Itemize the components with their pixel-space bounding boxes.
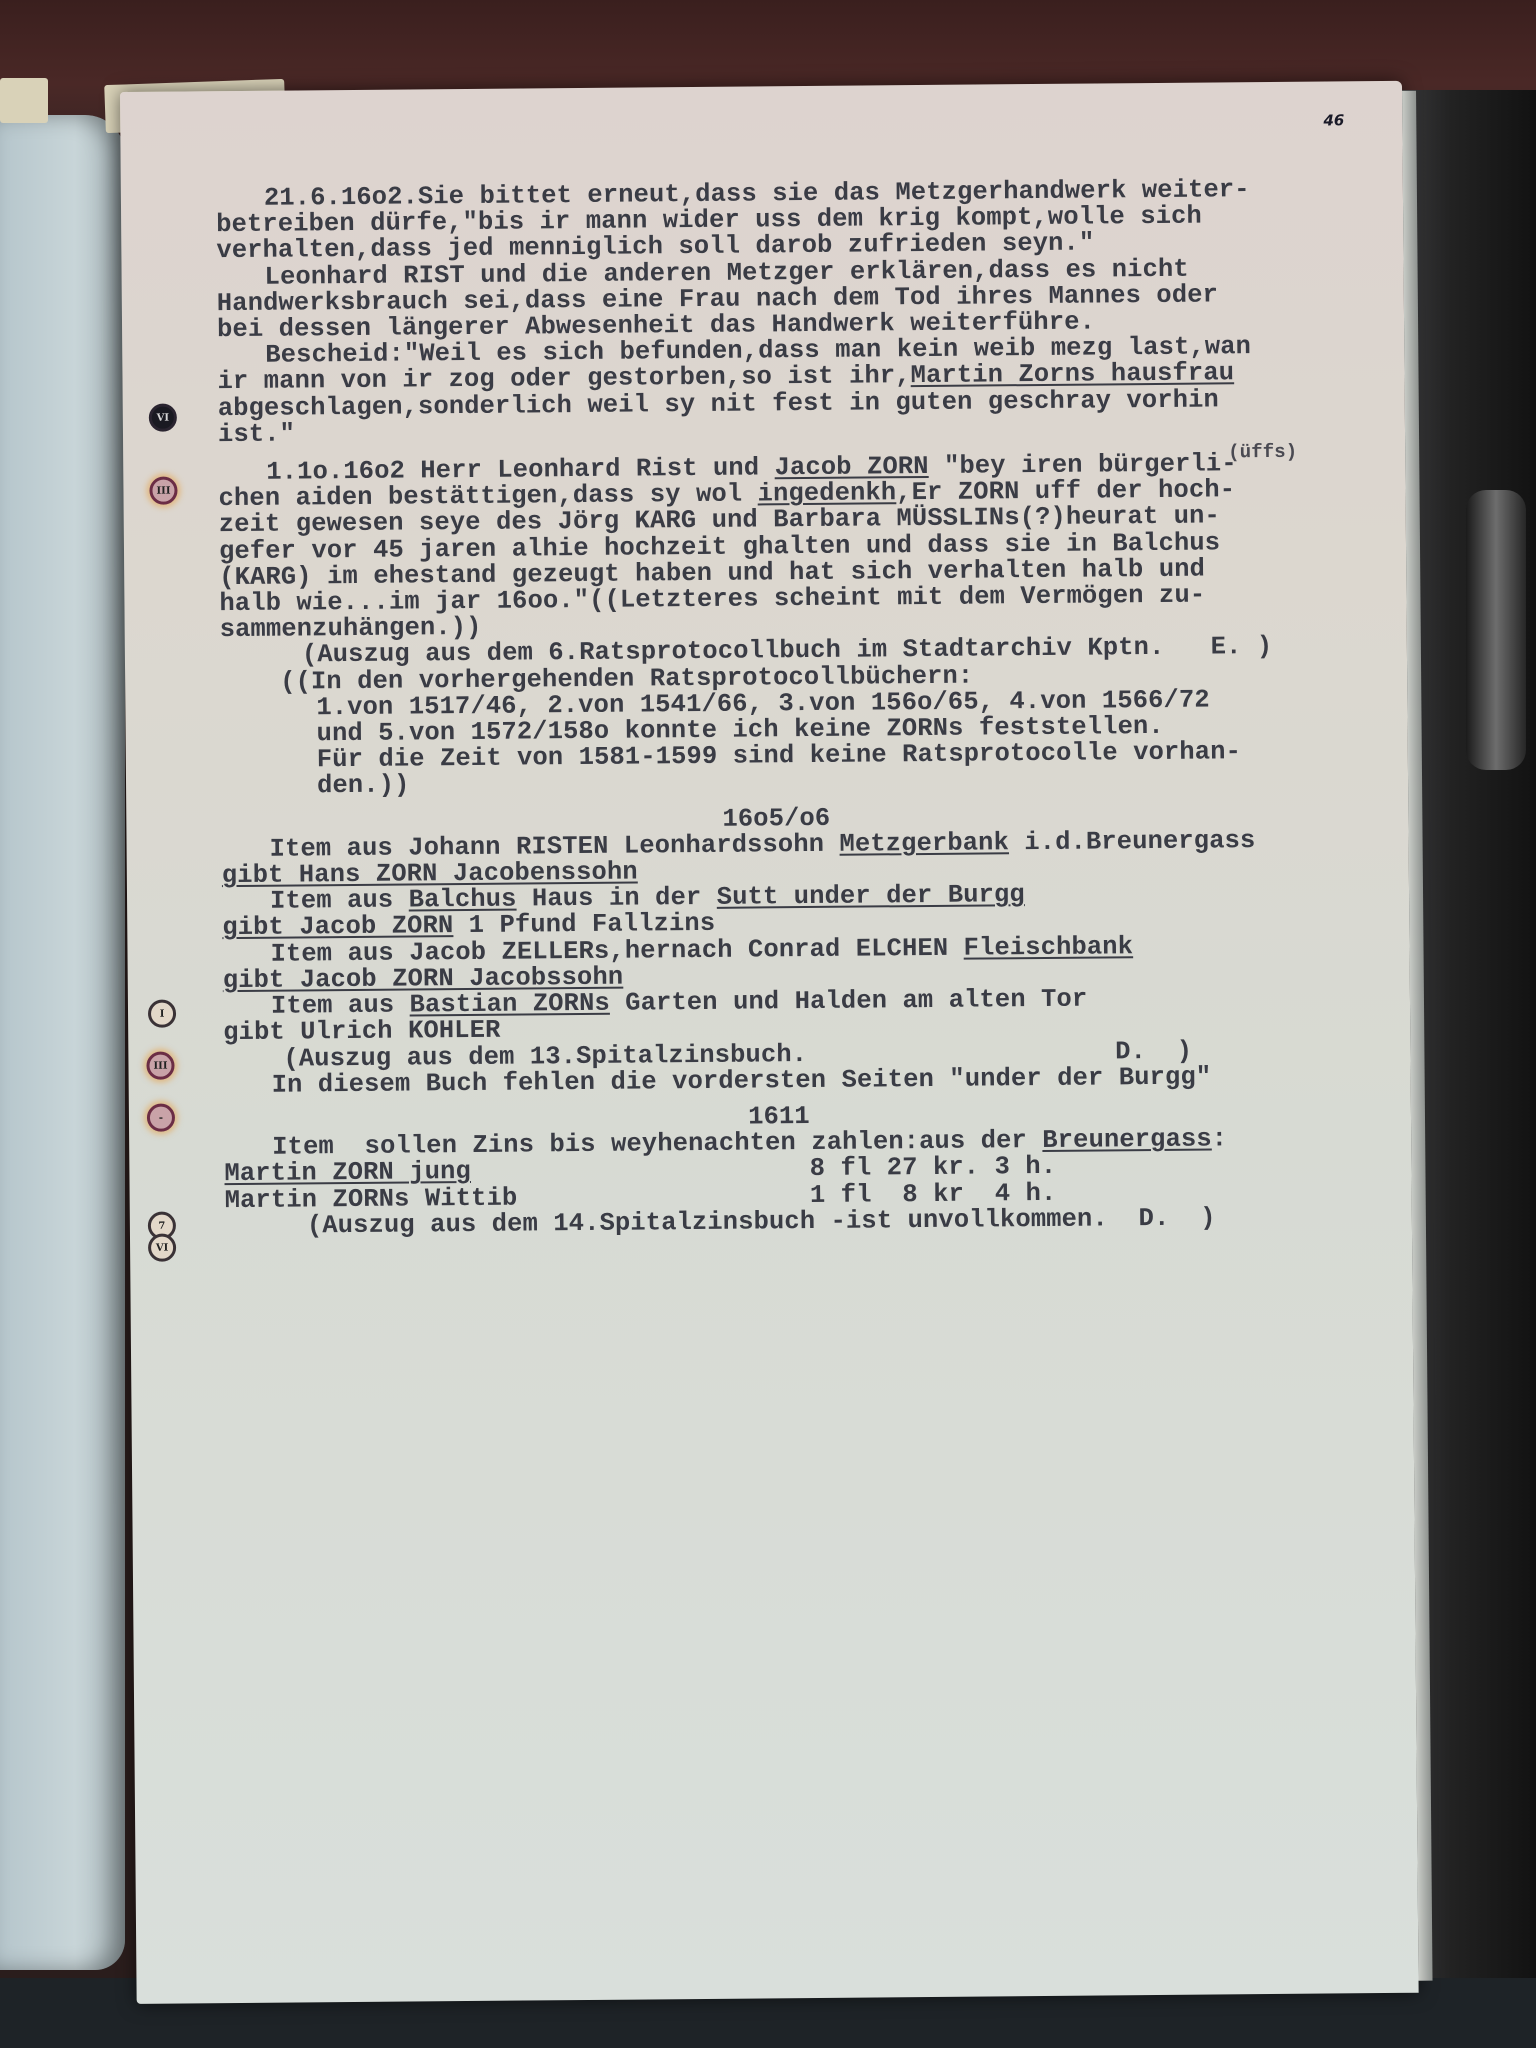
typewritten-body: 21.6.16o2.Sie bittet erneut,dass sie das… <box>216 176 1335 1240</box>
paragraph-p4: 1611Item sollen Zins bis weyhenachten za… <box>224 1099 1335 1240</box>
margin-marker-circle: I <box>148 1000 176 1028</box>
text-line: In diesem Buch fehlen die vordersten Sei… <box>224 1063 1334 1099</box>
margin-marker-circle: VI <box>148 1234 176 1262</box>
underlined-name: Metzgerbank <box>839 828 1009 858</box>
text-segment: ist." <box>218 419 295 449</box>
text-segment: den.)) <box>317 771 410 801</box>
binder-clip <box>1466 490 1526 770</box>
margin-marker-circle: VI <box>149 404 177 432</box>
margin-marker-circle: III <box>149 477 177 505</box>
text-segment: i.d.Breunergass <box>1009 826 1256 857</box>
index-tab <box>0 78 48 123</box>
paragraph-p1: 21.6.16o2.Sie bittet erneut,dass sie das… <box>216 176 1328 448</box>
text-line: den.)) <box>221 765 1331 801</box>
document-page: 46 VI III I III - 7 VI 21.6.16o2.Sie bit… <box>120 81 1419 2004</box>
underlined-name: Breunergass <box>1042 1125 1212 1155</box>
margin-marker-circle: III <box>146 1052 174 1080</box>
page-number: 46 <box>1323 111 1344 129</box>
facing-page-edge <box>0 115 125 1970</box>
text-line: (Auszug aus dem 14.Spitalzinsbuch -ist u… <box>225 1204 1335 1240</box>
paragraph-p2: 1.1o.16o2 Herr Leonhard Rist und Jacob Z… <box>218 439 1331 801</box>
paragraph-p3: 16o5/o6Item aus Johann RISTEN Leonhardss… <box>221 801 1333 1099</box>
margin-marker-circle: - <box>147 1104 175 1132</box>
text-segment: : <box>1212 1124 1228 1153</box>
underlined-name: Bastian ZORNs <box>409 989 609 1020</box>
underlined-name: Sutt under der Burgg <box>717 880 1025 912</box>
underlined-name: Fleischbank <box>963 932 1133 962</box>
